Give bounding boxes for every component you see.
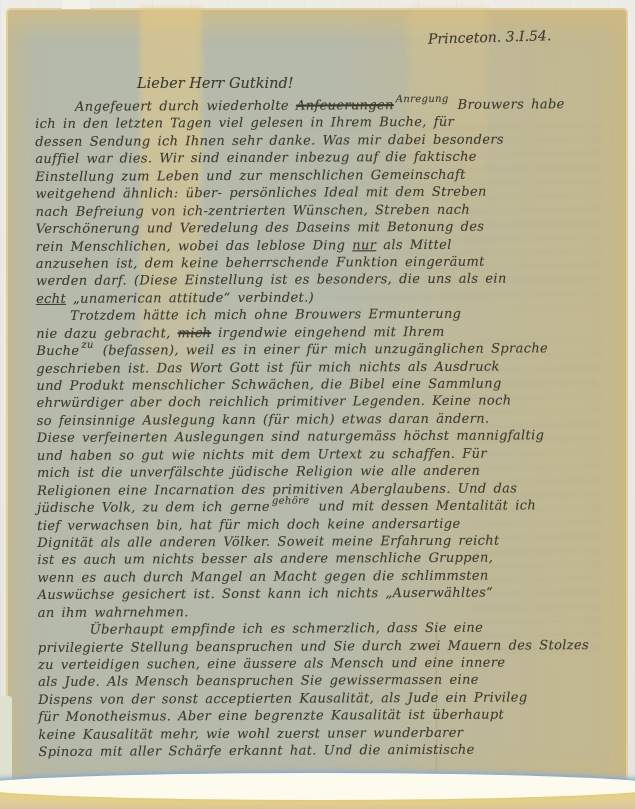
sleeve-glare: [0, 773, 635, 800]
letter-line: Angefeuert durch wiederholte Anfeuerunge…: [35, 96, 613, 116]
letter-line: jüdische Volk, zu dem ich gernegehöre un…: [37, 497, 615, 517]
paper-tab: [62, 0, 90, 9]
letter-body: Angefeuert durch wiederholte Anfeuerunge…: [35, 96, 616, 762]
letter-line: Buchezu (befassen), weil es in einer für…: [36, 340, 614, 360]
letter-line: Diese verfeinerten Auslegungen sind natu…: [37, 427, 615, 447]
letter-scan: Princeton. 3.I.54. Lieber Herr Gutkind! …: [0, 0, 635, 809]
letter-line: privilegierte Stellung beanspruchen und …: [38, 637, 616, 657]
letter-line: Spinoza mit aller Schärfe erkannt hat. U…: [38, 741, 616, 761]
salutation: Lieber Herr Gutkind!: [137, 76, 294, 92]
